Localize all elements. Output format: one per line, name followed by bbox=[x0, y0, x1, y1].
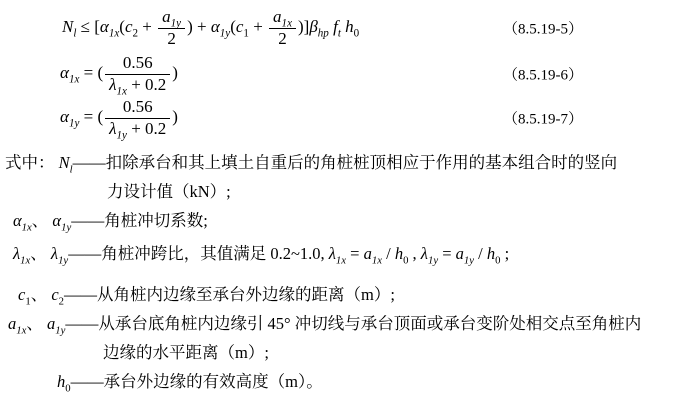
definition-line-h0: h0——承台外边缘的有效高度（m）。 bbox=[0, 367, 678, 396]
formula-expression-5: Nl ≤ [α1x(c2 + a1y2) + α1y(c1 + a1x2)]βh… bbox=[62, 8, 359, 48]
formula-8-5-19-5: Nl ≤ [α1x(c2 + a1y2) + α1y(c1 + a1x2)]βh… bbox=[0, 4, 678, 52]
document-page: Nl ≤ [α1x(c2 + a1y2) + α1y(c1 + a1x2)]βh… bbox=[0, 0, 678, 396]
formula-8-5-19-7: α1y = (0.56λ1y + 0.2) （8.5.19-7） bbox=[0, 96, 678, 140]
definition-line-alpha: α1x、 α1y——角桩冲切系数; bbox=[0, 206, 678, 235]
formula-8-5-19-6: α1x = (0.56λ1x + 0.2) （8.5.19-6） bbox=[0, 52, 678, 96]
definition-line-Nl-continued: 力设计值（kN）; bbox=[0, 177, 678, 206]
equation-number-6: （8.5.19-6） bbox=[503, 64, 583, 85]
definition-line-a-continued: 边缘的水平距离（m）; bbox=[0, 338, 678, 367]
definition-line-c: c1、 c2——从角桩内边缘至承台外边缘的距离（m）; bbox=[0, 280, 678, 309]
equation-number-7: （8.5.19-7） bbox=[503, 108, 583, 129]
definition-line-a: a1x、 a1y——从承台底角桩内边缘引 45° 冲切线与承台顶面或承台变阶处相… bbox=[0, 309, 678, 338]
definition-line-lambda: λ1x、 λ1y——角桩冲跨比，其值满足 0.2~1.0, λ1x = a1x … bbox=[0, 239, 678, 268]
formula-expression-7: α1y = (0.56λ1y + 0.2) bbox=[60, 98, 178, 138]
where-clause-section: 式中： Nl——扣除承台和其上填土自重后的角桩桩顶相应于作用的基本组合时的竖向 … bbox=[0, 148, 678, 396]
formula-expression-6: α1x = (0.56λ1x + 0.2) bbox=[60, 54, 178, 94]
definition-line-Nl: 式中： Nl——扣除承台和其上填土自重后的角桩桩顶相应于作用的基本组合时的竖向 bbox=[0, 148, 678, 177]
equation-number-5: （8.5.19-5） bbox=[503, 18, 583, 39]
